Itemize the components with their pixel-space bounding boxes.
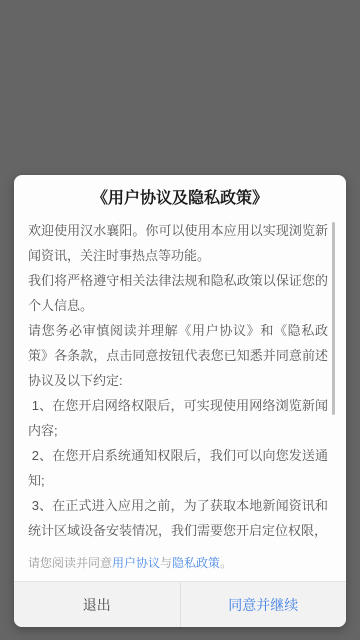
dialog-footer: 退出 同意并继续 (14, 581, 346, 627)
scrollbar-thumb[interactable] (332, 222, 335, 415)
dialog-title: 《用户协议及隐私政策》 (28, 188, 332, 210)
agree-continue-button[interactable]: 同意并继续 (181, 582, 347, 627)
agreement-paragraph: 请您务必审慎阅读并理解《用户协议》和《隐私政策》各条款，点击同意按钮代表您已知悉… (28, 318, 328, 393)
privacy-policy-link[interactable]: 隐私政策 (172, 556, 220, 570)
agreement-text-scroll-area[interactable]: 欢迎使用汉水襄阳。你可以使用本应用以实现浏览新闻资讯，关注时事热点等功能。 我们… (14, 218, 346, 555)
agreement-paragraph: 1、在您开启网络权限后，可实现使用网络浏览新闻内容; (28, 393, 328, 443)
notice-conjunction: 与 (160, 556, 172, 570)
agreement-paragraph: 2、在您开启系统通知权限后，我们可以向您发送通知; (28, 443, 328, 493)
agreement-paragraph: 3、在正式进入应用之前，为了获取本地新闻资讯和统计区域设备安装情况，我们需要您开… (28, 493, 328, 543)
privacy-agreement-dialog: 《用户协议及隐私政策》 欢迎使用汉水襄阳。你可以使用本应用以实现浏览新闻资讯，关… (14, 175, 346, 627)
user-agreement-link[interactable]: 用户协议 (112, 556, 160, 570)
notice-prefix: 请您阅读并同意 (28, 556, 112, 570)
agreement-paragraph: 我们将严格遵守相关法律法规和隐私政策以保证您的个人信息。 (28, 268, 328, 318)
dim-overlay: 《用户协议及隐私政策》 欢迎使用汉水襄阳。你可以使用本应用以实现浏览新闻资讯，关… (0, 0, 360, 640)
notice-suffix: 。 (220, 556, 232, 570)
agreement-paragraph: 欢迎使用汉水襄阳。你可以使用本应用以实现浏览新闻资讯，关注时事热点等功能。 (28, 218, 328, 268)
exit-button[interactable]: 退出 (14, 582, 181, 627)
read-and-agree-notice: 请您阅读并同意用户协议与隐私政策。 (14, 555, 346, 581)
